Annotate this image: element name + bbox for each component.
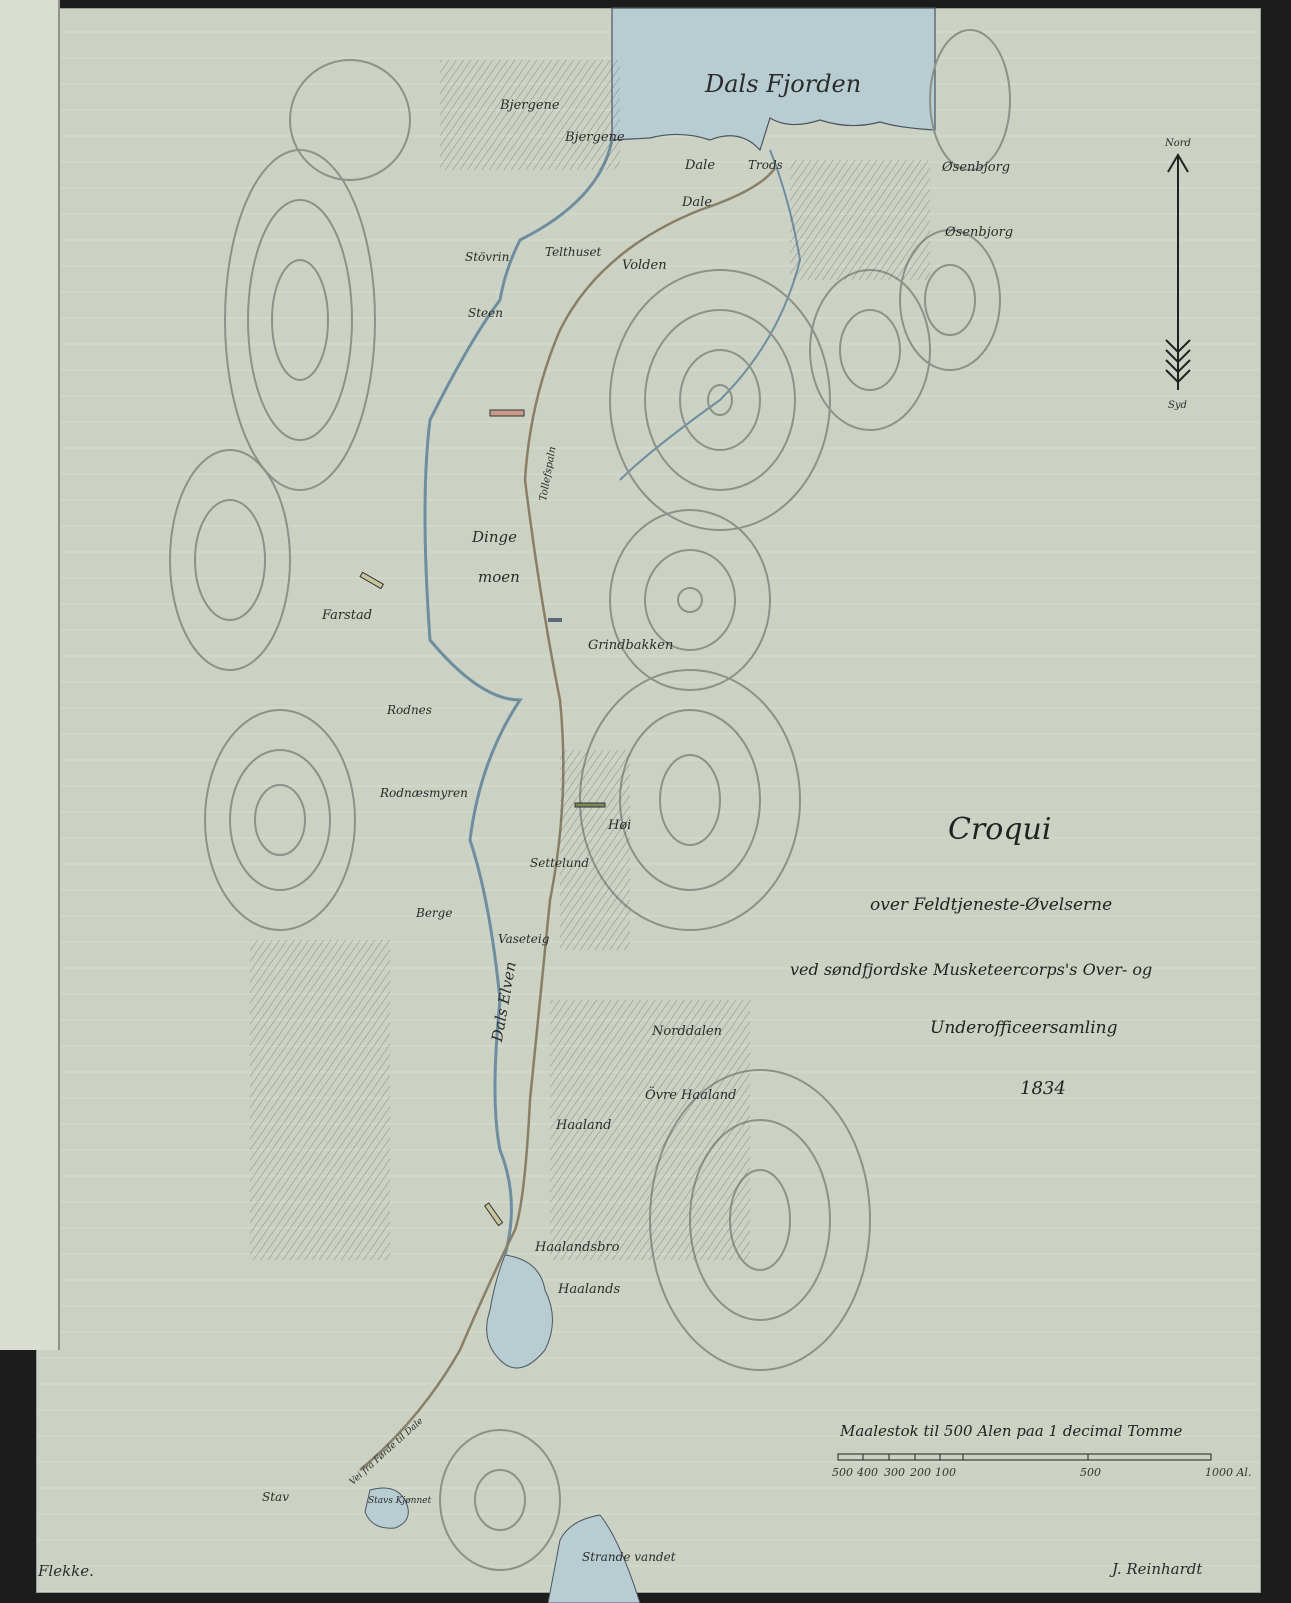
- troop-marker: [575, 803, 605, 807]
- title-year: 1834: [1020, 1078, 1066, 1099]
- map-drawing: [0, 0, 1291, 1603]
- place-farstad: Farstad: [322, 608, 372, 623]
- place-rodnes: Rodnes: [387, 703, 432, 717]
- place-osenbjorg-2: Øsenbjorg: [945, 225, 1013, 240]
- title-line3: ved søndfjordske Musketeercorps's Over- …: [790, 960, 1152, 979]
- place-dale-2: Dale: [682, 195, 712, 210]
- scale-caption: Maalestok til 500 Alen paa 1 decimal Tom…: [840, 1422, 1182, 1440]
- place-bjergene-2: Bjergene: [565, 130, 625, 145]
- place-haalands: Haalands: [558, 1282, 620, 1297]
- pond-stav: [365, 1488, 408, 1528]
- place-haaland: Haaland: [556, 1118, 611, 1133]
- signature-right: J. Reinhardt: [1112, 1560, 1202, 1578]
- place-osenbjorg-1: Øsenbjorg: [942, 160, 1010, 175]
- place-trods: Trods: [748, 158, 783, 172]
- scale-tick: 200: [910, 1466, 931, 1479]
- scale-bar: [838, 1454, 1211, 1460]
- label-lake: Strande vandet: [582, 1550, 676, 1564]
- title-line2: over Feldtjeneste-Øvelserne: [870, 895, 1112, 915]
- place-hoi: Høi: [608, 818, 631, 833]
- place-dinge: Dinge: [472, 528, 517, 546]
- place-grindbakken: Grindbakken: [588, 638, 673, 653]
- place-volden: Volden: [622, 258, 667, 273]
- north-arrow: [1166, 155, 1190, 390]
- place-bjergene-1: Bjergene: [500, 98, 560, 113]
- place-moen: moen: [478, 568, 520, 586]
- compass-south-label: Syd: [1168, 400, 1187, 411]
- scale-tick: 500: [1080, 1466, 1101, 1479]
- label-fjord: Dals Fjorden: [705, 70, 861, 98]
- troop-marker-red: [490, 410, 524, 416]
- title-line4: Underofficeersamling: [930, 1018, 1118, 1038]
- place-vaseteig: Vaseteig: [498, 932, 549, 946]
- scale-tick: 300: [884, 1466, 905, 1479]
- hachures: [250, 60, 930, 1260]
- signature-left: Flekke.: [38, 1562, 94, 1580]
- title-croqui: Croqui: [948, 812, 1051, 847]
- hills-left: [170, 60, 410, 930]
- place-ovre-haaland: Övre Haaland: [645, 1088, 736, 1103]
- troop-marker: [548, 618, 562, 622]
- troop-marker: [485, 1203, 503, 1226]
- place-berge: Berge: [416, 906, 452, 920]
- place-rodnesmyren: Rodnæsmyren: [380, 786, 468, 800]
- place-norddalen: Norddalen: [652, 1024, 722, 1039]
- place-dale-1: Dale: [685, 158, 715, 173]
- label-pond: Stavs Kjønnet: [368, 1496, 431, 1506]
- scale-tick: 100: [935, 1466, 956, 1479]
- place-stovrin: Stövrin: [465, 250, 509, 264]
- place-settelund: Settelund: [530, 856, 589, 870]
- place-haalandsbro: Haalandsbro: [535, 1240, 619, 1255]
- place-stav: Stav: [262, 1490, 289, 1504]
- scale-tick: 1000 Al.: [1205, 1466, 1251, 1479]
- scale-tick: 500: [832, 1466, 853, 1479]
- scale-tick: 400: [857, 1466, 878, 1479]
- lake-haalands: [487, 1255, 553, 1368]
- compass-north-label: Nord: [1165, 138, 1191, 149]
- troop-marker: [360, 572, 383, 588]
- place-telthuset: Telthuset: [545, 245, 601, 259]
- place-steen: Steen: [468, 306, 503, 320]
